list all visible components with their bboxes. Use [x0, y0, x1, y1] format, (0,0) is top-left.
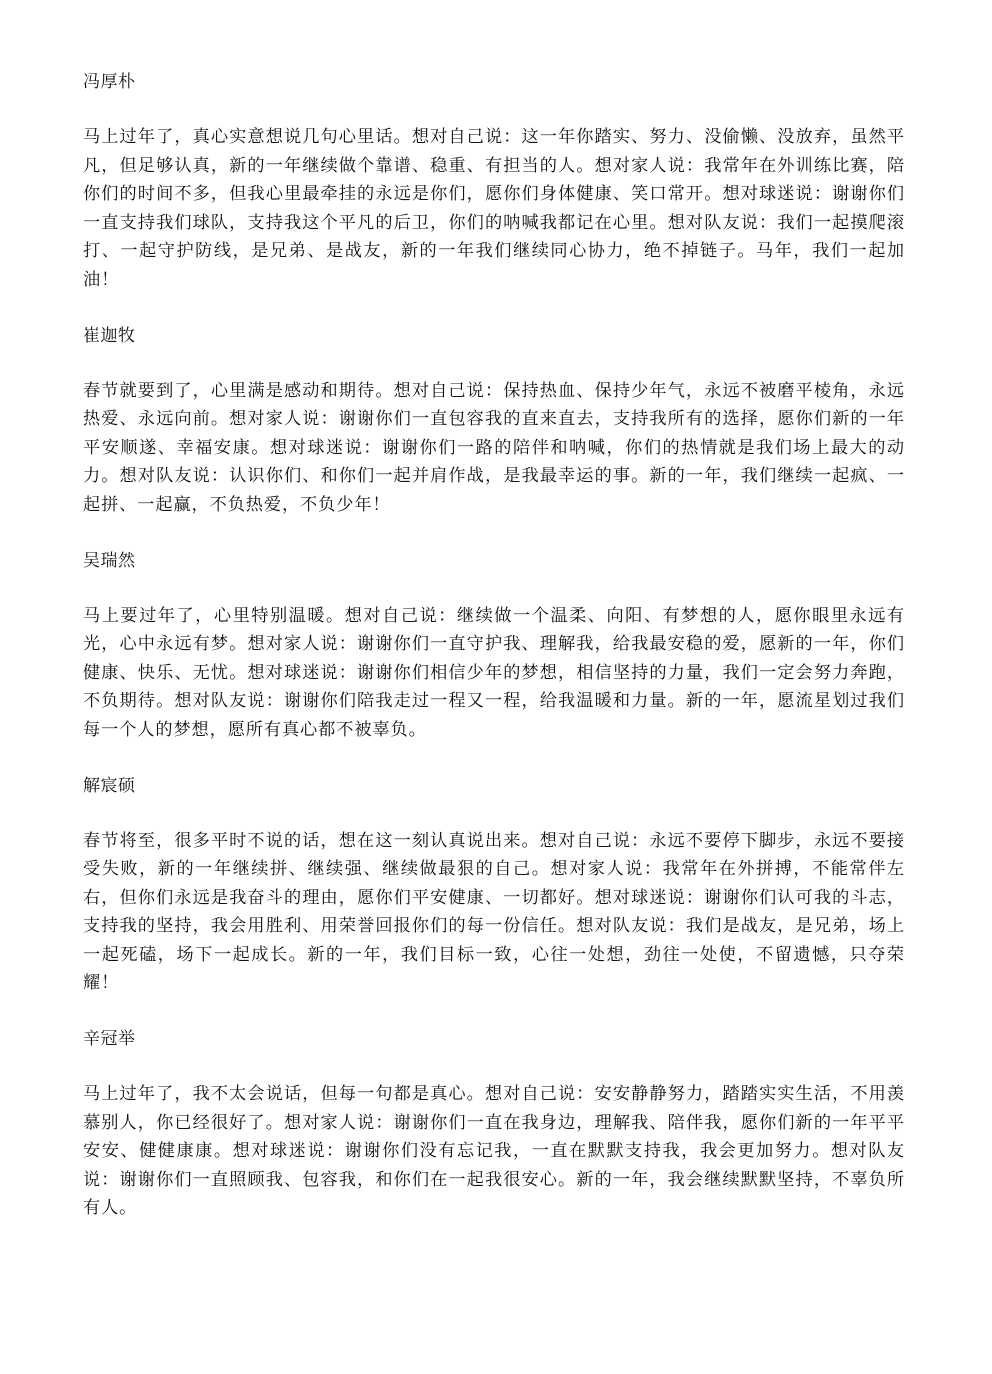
entry-author-name: 吴瑞然 [83, 547, 905, 575]
entry-author-name: 解宸硕 [83, 772, 905, 800]
entry-message: 马上过年了，真心实意想说几句心里话。想对自己说：这一年你踏实、努力、没偷懒、没放… [83, 123, 905, 295]
entry-author-name: 冯厚朴 [83, 68, 905, 96]
entry-message: 马上过年了，我不太会说话，但每一句都是真心。想对自己说：安安静静努力，踏踏实实生… [83, 1080, 905, 1223]
entry-wu-ruiran: 吴瑞然 马上要过年了，心里特别温暖。想对自己说：继续做一个温柔、向阳、有梦想的人… [83, 547, 905, 745]
entry-xie-chenshuo: 解宸硕 春节将至，很多平时不说的话，想在这一刻认真说出来。想对自己说：永远不要停… [83, 772, 905, 999]
entry-message: 春节将至，很多平时不说的话，想在这一刻认真说出来。想对自己说：永远不要停下脚步，… [83, 827, 905, 999]
entry-xin-guanju: 辛冠举 马上过年了，我不太会说话，但每一句都是真心。想对自己说：安安静静努力，踏… [83, 1025, 905, 1223]
entry-message: 马上要过年了，心里特别温暖。想对自己说：继续做一个温柔、向阳、有梦想的人，愿你眼… [83, 602, 905, 745]
document-page: 冯厚朴 马上过年了，真心实意想说几句心里话。想对自己说：这一年你踏实、努力、没偷… [0, 0, 905, 1223]
entry-feng-houpu: 冯厚朴 马上过年了，真心实意想说几句心里话。想对自己说：这一年你踏实、努力、没偷… [83, 68, 905, 295]
entry-message: 春节就要到了，心里满是感动和期待。想对自己说：保持热血、保持少年气，永远不被磨平… [83, 377, 905, 520]
entry-author-name: 崔迦牧 [83, 322, 905, 350]
entry-author-name: 辛冠举 [83, 1025, 905, 1053]
entry-cui-jiamu: 崔迦牧 春节就要到了，心里满是感动和期待。想对自己说：保持热血、保持少年气，永远… [83, 322, 905, 520]
